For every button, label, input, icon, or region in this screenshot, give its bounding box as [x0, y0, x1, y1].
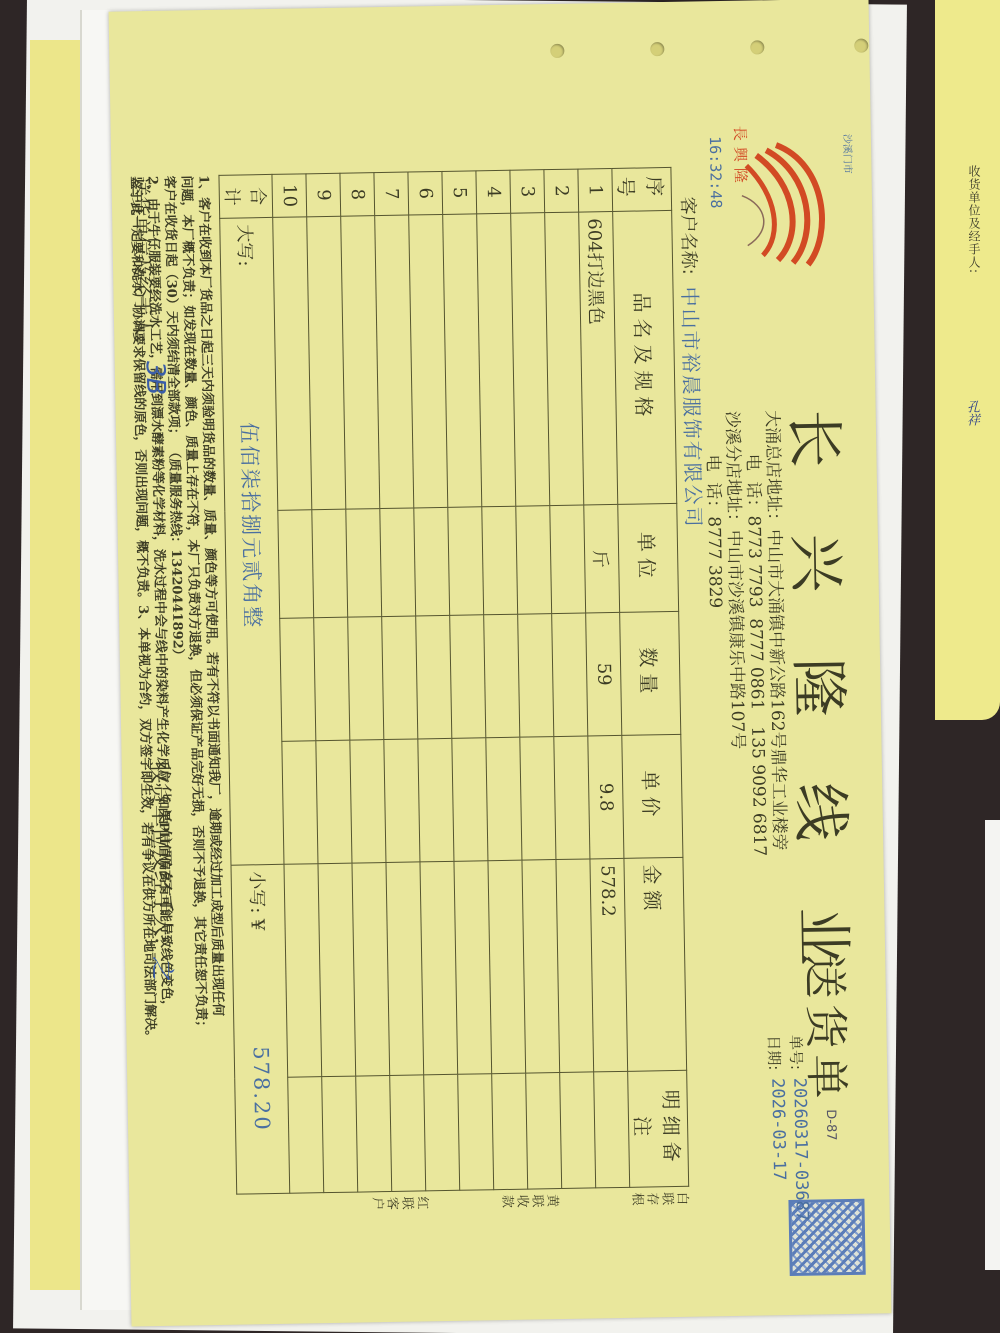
row-price — [350, 740, 386, 864]
row-price — [520, 737, 556, 861]
row-price — [282, 741, 318, 865]
row-note — [390, 1075, 426, 1192]
col-header-qty: 数量 — [620, 611, 681, 735]
row-note — [424, 1074, 460, 1191]
form-code: D-87 — [823, 1109, 839, 1141]
row-unit — [550, 505, 586, 614]
row-no: 7 — [374, 172, 409, 216]
row-qty — [280, 618, 316, 742]
row-price — [418, 738, 454, 862]
row-item-name — [341, 216, 380, 510]
row-item-name — [375, 215, 414, 509]
row-amount — [318, 863, 356, 1077]
right-adjacent-note — [935, 0, 1000, 720]
row-no: 9 — [306, 173, 341, 217]
row-price — [384, 739, 420, 863]
row-price — [554, 736, 590, 860]
receiver-signature-label: 收货单位及经手人: — [146, 761, 180, 945]
col-header-unit: 单位 — [618, 503, 679, 612]
copy-labels: 白联存根 黄联收款 红联客户 — [299, 1192, 689, 1223]
punch-hole — [550, 44, 564, 58]
row-qty — [416, 615, 452, 739]
row-amount — [284, 864, 322, 1078]
row-no: 10 — [272, 174, 307, 218]
col-header-no: 序号 — [612, 167, 672, 211]
punch-hole — [854, 38, 868, 52]
row-note — [594, 1071, 630, 1188]
total-label: 合计 — [219, 174, 273, 218]
row-qty — [450, 615, 486, 739]
row-no: 6 — [408, 171, 443, 215]
logo-brand-text: 長興隆 — [730, 126, 752, 189]
row-amount — [386, 862, 424, 1076]
lowercase-amount: 578.20 — [249, 1046, 274, 1132]
copy-label-yellow: 黄联收款 — [499, 1194, 559, 1219]
row-amount — [488, 860, 526, 1074]
print-time: 16:32:48 — [706, 136, 725, 209]
row-qty: 59 — [586, 612, 622, 736]
copy-label-white: 白联存根 — [629, 1192, 689, 1217]
order-date: 2026-03-17 — [767, 1078, 789, 1181]
row-unit — [482, 506, 518, 615]
row-note — [560, 1072, 596, 1189]
row-amount — [420, 861, 458, 1075]
row-price — [452, 738, 488, 862]
items-table: 序号 品名及规格 单位 数量 单价 金额 明细备注 1 604打边黑色 斤 59… — [218, 167, 689, 1195]
delivery-note-sheet: 沙溪门市 長興隆 16:32:48 长 兴 隆 线 业 送货单 大涌总店地址：中… — [109, 0, 892, 1327]
right-adjacent-receiver-label: 收货单位及经手人: — [966, 165, 983, 274]
col-header-price: 单价 — [622, 734, 683, 858]
sender-signature: 3B — [140, 361, 171, 396]
row-note — [526, 1073, 562, 1190]
row-qty — [314, 617, 350, 741]
row-note — [458, 1074, 494, 1191]
row-unit — [346, 509, 382, 618]
row-item-name: 604打边黑色 — [579, 211, 618, 505]
date-label: 日期: — [764, 1035, 786, 1070]
row-amount — [352, 863, 390, 1077]
order-number: 20260317-03687 — [789, 1078, 811, 1222]
order-number-label: 单号: — [786, 1035, 808, 1070]
row-unit — [448, 507, 484, 616]
row-item-name — [273, 217, 312, 511]
col-header-amount: 金额 — [624, 857, 687, 1071]
row-item-name — [409, 214, 448, 508]
row-note — [492, 1073, 528, 1190]
punch-hole — [750, 40, 764, 54]
customer-label: 客户名称: — [676, 196, 703, 275]
total-lowercase: 小写: ¥ 578.20 — [231, 864, 290, 1194]
row-no: 1 — [578, 168, 613, 212]
col-header-note: 明细备注 — [628, 1070, 689, 1187]
col-header-name: 品名及规格 — [613, 210, 677, 504]
sender-signature-label: 送货单位及经手人: — [127, 176, 159, 343]
punch-hole — [650, 42, 664, 56]
logo-store-tag: 沙溪门市 — [841, 134, 857, 174]
row-item-name — [307, 216, 346, 510]
row-no: 3 — [510, 170, 545, 214]
right-white-sheets — [985, 820, 1000, 1270]
row-price — [486, 737, 522, 861]
row-no: 8 — [340, 173, 375, 217]
row-no: 5 — [442, 171, 477, 215]
row-no: 2 — [544, 169, 579, 213]
row-item-name — [545, 212, 584, 506]
uppercase-label: 大写: — [233, 224, 255, 266]
row-item-name — [511, 213, 550, 507]
row-no: 4 — [476, 170, 511, 214]
row-amount — [454, 861, 492, 1075]
row-unit — [414, 507, 450, 616]
row-unit — [278, 510, 314, 619]
row-unit — [516, 506, 552, 615]
row-amount — [556, 859, 594, 1073]
receiver-signature: 之 — [147, 956, 182, 981]
row-note — [356, 1075, 392, 1192]
row-unit — [380, 508, 416, 617]
row-price — [316, 740, 352, 864]
copy-label-red: 红联客户 — [369, 1196, 429, 1221]
row-qty — [348, 617, 384, 741]
row-qty — [382, 616, 418, 740]
lowercase-label: 小写: ¥ — [246, 871, 268, 931]
row-item-name — [443, 214, 482, 508]
row-price: 9.8 — [588, 735, 624, 859]
row-item-name — [477, 213, 516, 507]
row-note — [322, 1076, 358, 1193]
right-adjacent-signature: 孔祥 — [962, 400, 981, 426]
row-amount — [522, 860, 560, 1074]
row-qty — [552, 613, 588, 737]
customer-name: 中山市裕晨服饰有限公司 — [676, 286, 709, 528]
row-qty — [518, 614, 554, 738]
row-note — [288, 1077, 324, 1194]
row-qty — [484, 614, 520, 738]
delivery-note-content: 沙溪门市 長興隆 16:32:48 长 兴 隆 线 业 送货单 大涌总店地址：中… — [124, 19, 886, 1312]
uppercase-amount: 伍佰柒拾捌元贰角整 — [237, 422, 265, 629]
row-amount: 578.2 — [590, 858, 628, 1072]
row-unit: 斤 — [584, 504, 620, 613]
row-unit — [312, 509, 348, 618]
total-uppercase: 大写: 伍佰柒拾捌元贰角整 — [220, 217, 284, 865]
